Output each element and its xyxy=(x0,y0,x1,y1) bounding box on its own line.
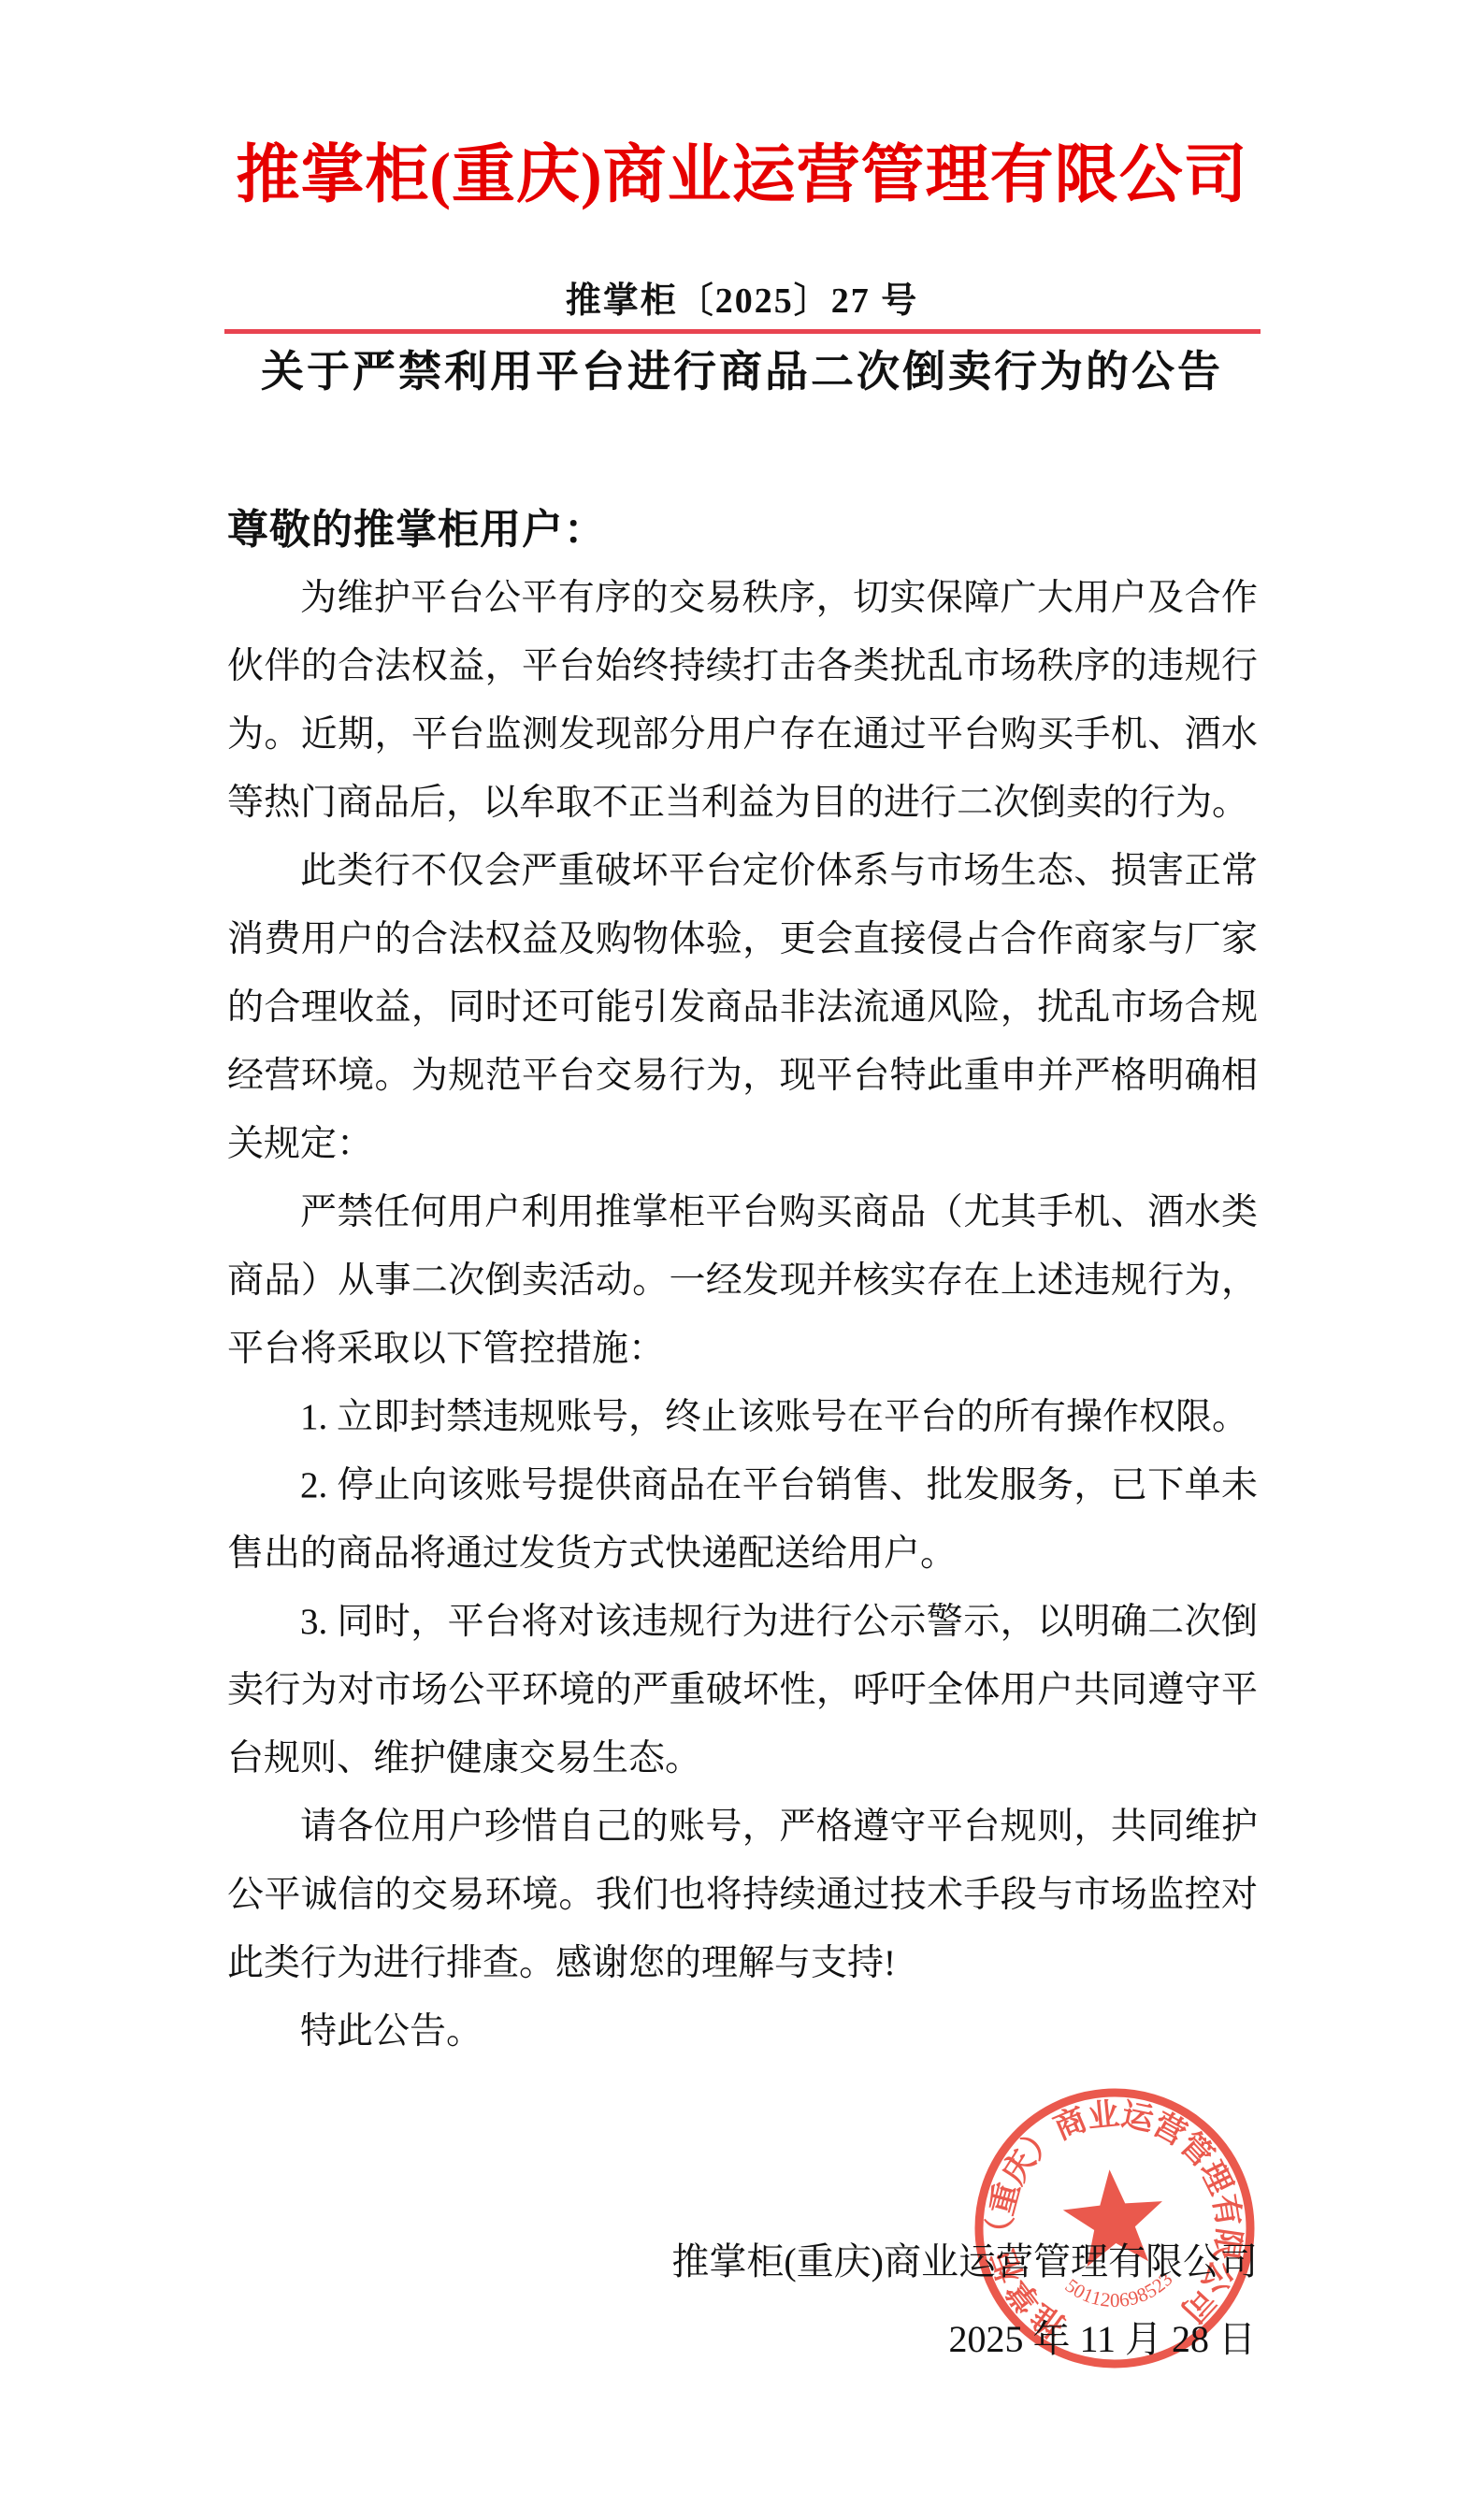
announcement-document: 推掌柜(重庆)商业运营管理有限公司 推掌柜〔2025〕27 号 关于严禁利用平台… xyxy=(0,0,1484,2520)
signature-date: 2025 年 11 月 28 日 xyxy=(948,2317,1256,2362)
body-paragraph-item-2: 2. 停止向该账号提供商品在平台销售、批发服务，已下单未售出的商品将通过发货方式… xyxy=(227,1451,1258,1588)
document-body: 尊敬的推掌柜用户： 为维护平台公平有序的交易秩序，切实保障广大用户及合作伙伴的合… xyxy=(227,496,1258,2066)
document-number: 推掌柜〔2025〕27 号 xyxy=(0,282,1484,322)
signature-company: 推掌柜(重庆)商业运营管理有限公司 xyxy=(671,2239,1258,2284)
closing-phrase: 特此公告。 xyxy=(227,1997,1258,2066)
body-paragraph-item-3: 3. 同时，平台将对该违规行为进行公示警示，以明确二次倒卖行为对市场公平环境的严… xyxy=(227,1588,1258,1793)
body-paragraph: 严禁任何用户利用推掌柜平台购买商品（尤其手机、酒水类商品）从事二次倒卖活动。一经… xyxy=(227,1178,1258,1383)
announcement-title: 关于严禁利用平台进行商品二次倒卖行为的公告 xyxy=(0,348,1484,397)
body-paragraph: 请各位用户珍惜自己的账号，严格遵守平台规则，共同维护公平诚信的交易环境。我们也将… xyxy=(227,1793,1258,1997)
red-divider xyxy=(224,329,1261,334)
body-paragraph: 为维护平台公平有序的交易秩序，切实保障广大用户及合作伙伴的合法权益，平台始终持续… xyxy=(227,564,1258,837)
body-paragraph-item-1: 1. 立即封禁违规账号，终止该账号在平台的所有操作权限。 xyxy=(227,1383,1258,1451)
company-letterhead: 推掌柜(重庆)商业运营管理有限公司 xyxy=(0,140,1484,210)
body-paragraph: 此类行不仅会严重破坏平台定价体系与市场生态、损害正常消费用户的合法权益及购物体验… xyxy=(227,837,1258,1178)
salutation: 尊敬的推掌柜用户： xyxy=(227,496,1258,564)
